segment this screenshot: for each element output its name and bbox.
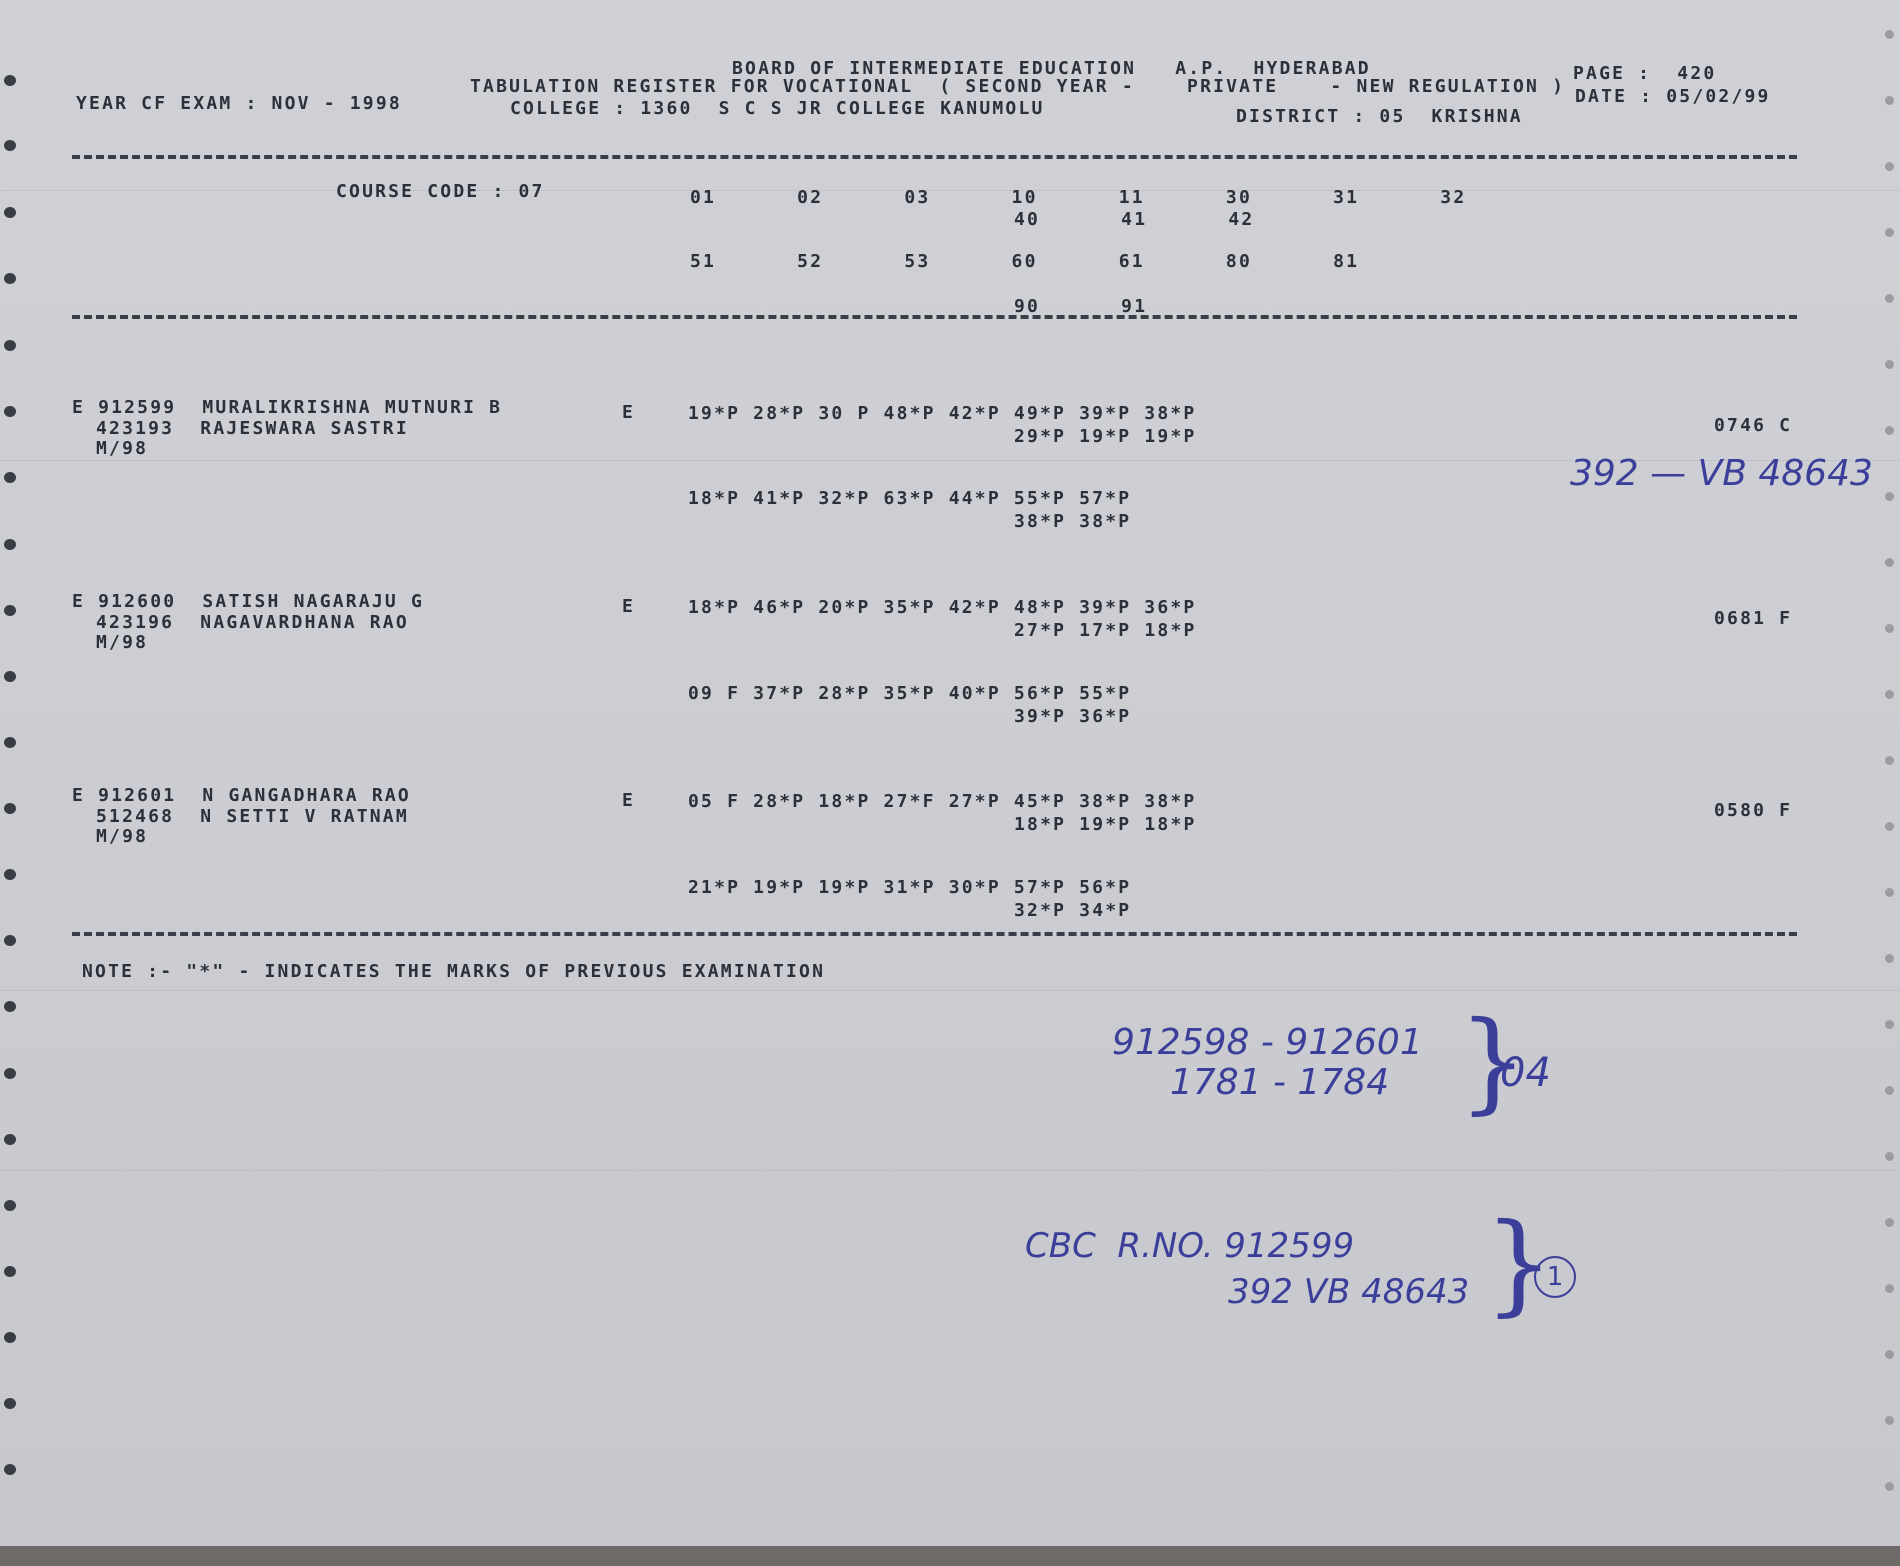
student-medium: E (622, 402, 635, 423)
feed-hole-icon (4, 406, 16, 417)
feed-hole-icon (1885, 360, 1894, 369)
divider-dashed (72, 932, 1797, 936)
total-result: 0681 F (1714, 608, 1792, 629)
feed-hole-icon (1885, 1416, 1894, 1425)
register-title: TABULATION REGISTER FOR VOCATIONAL ( SEC… (470, 76, 1565, 97)
marks-row-b2: 32*P 34*P (1014, 900, 1131, 921)
tractor-feed-holes-left (0, 0, 26, 1566)
year-of-exam: YEAR CF EXAM : NOV - 1998 (76, 93, 402, 114)
feed-hole-icon (1885, 822, 1894, 831)
college-line: COLLEGE : 1360 S C S JR COLLEGE KANUMOLU (510, 98, 1045, 119)
feed-hole-icon (1885, 954, 1894, 963)
feed-hole-icon (1885, 228, 1894, 237)
feed-hole-icon (1885, 624, 1894, 633)
feed-hole-icon (1885, 492, 1894, 501)
handwritten-count: 04 (1500, 1050, 1551, 1096)
feed-hole-icon (4, 605, 16, 616)
feed-hole-icon (1885, 1218, 1894, 1227)
feed-hole-icon (4, 1398, 16, 1409)
feed-hole-icon (1885, 1086, 1894, 1095)
feed-hole-icon (4, 207, 16, 218)
handwritten-cbc-ref: 392 VB 48643 (1228, 1272, 1469, 1312)
feed-hole-icon (4, 75, 16, 86)
feed-hole-icon (4, 803, 16, 814)
feed-hole-icon (4, 671, 16, 682)
marks-row-a2: 29*P 19*P 19*P (1014, 426, 1197, 447)
page-number: PAGE : 420 (1573, 63, 1716, 84)
faint-rule (0, 1170, 1900, 1171)
feed-hole-icon (4, 1200, 16, 1211)
marks-row-b1: 09 F 37*P 28*P 35*P 40*P 56*P 55*P (688, 683, 1131, 704)
faint-rule (0, 990, 1900, 991)
student-father-name: 423196 NAGAVARDHANA RAO (96, 612, 409, 633)
marks-row-a2: 18*P 19*P 18*P (1014, 814, 1197, 835)
handwritten-cbc-roll: CBC R.NO. 912599 (1025, 1226, 1354, 1266)
handwritten-roll-range: 912598 - 912601 (1112, 1022, 1423, 1063)
feed-hole-icon (1885, 756, 1894, 765)
feed-hole-icon (4, 737, 16, 748)
student-medium: E (622, 596, 635, 617)
feed-hole-icon (4, 1001, 16, 1012)
student-father-name: 512468 N SETTI V RATNAM (96, 806, 409, 827)
feed-hole-icon (4, 539, 16, 550)
feed-hole-icon (1885, 1284, 1894, 1293)
feed-hole-icon (4, 869, 16, 880)
district-line: DISTRICT : 05 KRISHNA (1236, 106, 1523, 127)
feed-hole-icon (4, 1068, 16, 1079)
subject-codes-row3: 90 91 (1014, 296, 1147, 317)
student-session: M/98 (96, 632, 148, 653)
divider-dashed (72, 315, 1797, 319)
marks-row-b1: 18*P 41*P 32*P 63*P 44*P 55*P 57*P (688, 488, 1131, 509)
marks-row-a2: 27*P 17*P 18*P (1014, 620, 1197, 641)
student-session: M/98 (96, 826, 148, 847)
circled-count: 1 (1534, 1256, 1576, 1298)
course-code-label: COURSE CODE : 07 (336, 181, 545, 202)
marks-row-b2: 38*P 38*P (1014, 511, 1131, 532)
feed-hole-icon (1885, 96, 1894, 105)
feed-hole-icon (1885, 30, 1894, 39)
student-father-name: 423193 RAJESWARA SASTRI (96, 418, 409, 439)
feed-hole-icon (4, 1134, 16, 1145)
subject-codes-row1: 01 02 03 10 11 30 31 32 (690, 187, 1466, 208)
total-result: 0746 C (1714, 415, 1792, 436)
handwritten-serial-range: 1781 - 1784 (1170, 1062, 1389, 1103)
feed-hole-icon (4, 140, 16, 151)
divider-dashed (72, 155, 1797, 159)
tractor-feed-holes-right (1874, 0, 1900, 1566)
feed-hole-icon (1885, 558, 1894, 567)
feed-hole-icon (1885, 162, 1894, 171)
feed-hole-icon (4, 1266, 16, 1277)
marks-row-b2: 39*P 36*P (1014, 706, 1131, 727)
feed-hole-icon (4, 472, 16, 483)
print-date: DATE : 05/02/99 (1575, 86, 1771, 107)
feed-hole-icon (1885, 294, 1894, 303)
feed-hole-icon (1885, 1350, 1894, 1359)
feed-hole-icon (1885, 888, 1894, 897)
feed-hole-icon (1885, 426, 1894, 435)
student-roll-name: E 912601 N GANGADHARA RAO (72, 785, 411, 806)
marks-row-b1: 21*P 19*P 19*P 31*P 30*P 57*P 56*P (688, 877, 1131, 898)
marks-row-a1: 19*P 28*P 30 P 48*P 42*P 49*P 39*P 38*P (688, 403, 1196, 424)
handwritten-side-note: 392 — VB 48643 (1570, 453, 1873, 494)
student-session: M/98 (96, 438, 148, 459)
student-roll-name: E 912599 MURALIKRISHNA MUTNURI B (72, 397, 502, 418)
feed-hole-icon (4, 935, 16, 946)
feed-hole-icon (4, 1332, 16, 1343)
footnote: NOTE :- "*" - INDICATES THE MARKS OF PRE… (82, 961, 825, 982)
marks-row-a1: 05 F 28*P 18*P 27*F 27*P 45*P 38*P 38*P (688, 791, 1196, 812)
feed-hole-icon (4, 1464, 16, 1475)
feed-hole-icon (1885, 1482, 1894, 1491)
feed-hole-icon (4, 273, 16, 284)
student-roll-name: E 912600 SATISH NAGARAJU G (72, 591, 424, 612)
total-result: 0580 F (1714, 800, 1792, 821)
feed-hole-icon (1885, 690, 1894, 699)
feed-hole-icon (1885, 1152, 1894, 1161)
feed-hole-icon (4, 340, 16, 351)
student-medium: E (622, 790, 635, 811)
feed-hole-icon (1885, 1020, 1894, 1029)
subject-codes-row2: 51 52 53 60 61 80 81 (690, 251, 1359, 272)
subject-codes-row1b: 40 41 42 (1014, 209, 1254, 230)
register-page: BOARD OF INTERMEDIATE EDUCATION A.P. HYD… (0, 0, 1900, 1566)
marks-row-a1: 18*P 46*P 20*P 35*P 42*P 48*P 39*P 36*P (688, 597, 1196, 618)
page-bottom-edge (0, 1546, 1900, 1566)
